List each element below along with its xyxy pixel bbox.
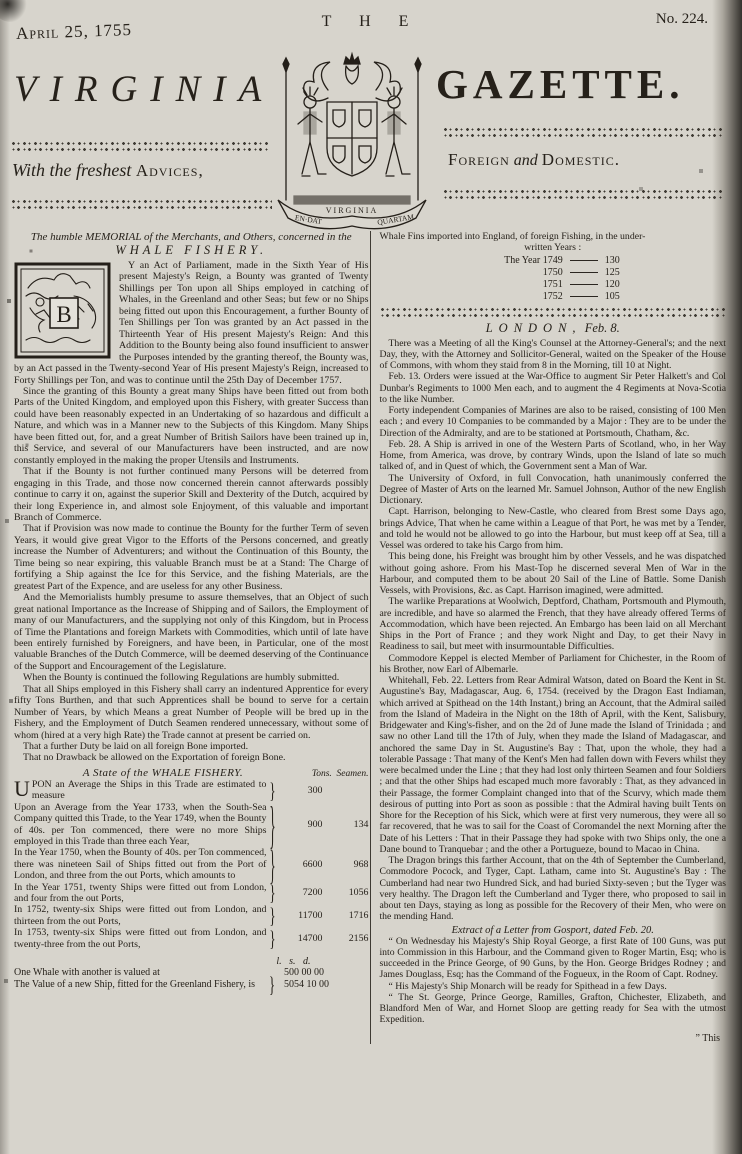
news-paragraph: Capt. Harrison, belonging to New-Castle,…	[379, 506, 726, 551]
seamen-value: 1056	[322, 887, 368, 898]
year-dash	[570, 260, 598, 261]
valuation-brace: }	[266, 975, 278, 995]
catchword: ” This	[379, 1033, 726, 1044]
memorial-paragraph: That all Ships employed in this Fishery …	[14, 684, 368, 741]
memorial-heading-line2: WHALE FISHERY.	[14, 244, 368, 257]
table-brace: }	[266, 929, 278, 948]
valuation-text: The Value of a new Ship, fitted for the …	[14, 979, 266, 991]
news-paragraph: Whitehall, Feb. 22. Letters from Rear Ad…	[379, 675, 726, 855]
body-columns: The humble MEMORIAL of the Merchants, an…	[14, 231, 726, 1044]
ornament-band	[10, 140, 268, 153]
whale-fins-intro-line2: written Years :	[379, 242, 726, 253]
news-paragraph: Forty independent Companies of Marines a…	[379, 405, 726, 439]
letter-paragraph: “ The St. George, Prince George, Ramille…	[379, 992, 726, 1026]
table-row: In 1752, twenty-six Ships were fitted ou…	[14, 904, 368, 927]
tagline-right-and: and	[514, 152, 538, 169]
tons-value: 300	[278, 785, 322, 796]
year-label: The Year 1749	[467, 255, 563, 267]
table-brace: }	[266, 883, 278, 902]
news-paragraph: The University of Oxford, in full Convoc…	[379, 473, 726, 507]
tagline-right-foreign: Foreign	[448, 150, 510, 169]
fishery-table-heading: A State of the WHALE FISHERY. Tons. Seam…	[14, 767, 368, 779]
year-value: 105	[605, 291, 639, 303]
valuation-text: One Whale with another is valued at	[14, 967, 266, 979]
ornament-band	[442, 126, 722, 139]
news-paragraph: The Dragon brings this farther Account, …	[379, 855, 726, 923]
year-value: 120	[605, 279, 639, 291]
memorial-paragraph: When the Bounty is continued the followi…	[14, 672, 368, 683]
masthead: April 25, 1755 T H E No. 224. VIRGINIA G…	[0, 0, 742, 232]
table-brace: }	[266, 846, 278, 883]
dropcap-letter: B	[56, 302, 71, 327]
letter-paragraph: “ His Majesty's Ship Monarch will be rea…	[379, 981, 726, 992]
table-row: In the Year 1750, when the Bounty of 40s…	[14, 847, 368, 881]
seamen-value: 2156	[322, 933, 368, 944]
memorial-paragraph: And the Memorialists humbly presume to a…	[14, 592, 368, 672]
valuation-value: 500 00 00	[278, 967, 368, 979]
year-row: The Year 1749 130	[379, 255, 726, 267]
table-dropcap: U	[14, 779, 32, 799]
seamen-value: 134	[322, 819, 368, 830]
year-label: 1750	[467, 267, 563, 279]
year-value: 130	[605, 255, 639, 267]
memorial-paragraph: That no Drawback be allowed on the Expor…	[14, 752, 368, 763]
news-paragraph: The warlike Preparations at Woolwich, De…	[379, 596, 726, 652]
seamen-value: 1716	[322, 910, 368, 921]
year-value: 125	[605, 267, 639, 279]
year-label: 1752	[467, 291, 563, 303]
table-row-text: PON an Average the Ships in this Trade a…	[32, 779, 267, 801]
year-label: 1751	[467, 279, 563, 291]
year-row: 1752 105	[379, 291, 726, 303]
masthead-title-gazette: GAZETTE.	[436, 60, 684, 108]
virginia-coat-of-arms: VIRGINIA EN·DAT QUARTAM	[266, 50, 438, 230]
news-paragraph: There was a Meeting of all the King's Co…	[379, 338, 726, 372]
ornament-band	[379, 306, 726, 319]
issue-number: No. 224.	[656, 11, 708, 28]
lsd-header: l. s. d.	[14, 956, 368, 967]
news-paragraph: Feb. 13. Orders were issued at the War-O…	[379, 371, 726, 405]
tons-value: 14700	[278, 933, 322, 944]
valuation-row: The Value of a new Ship, fitted for the …	[14, 979, 368, 991]
fishery-table-title: A State of the WHALE FISHERY.	[14, 767, 312, 779]
letter-extract-heading: Extract of a Letter from Gosport, dated …	[379, 925, 726, 936]
table-row: In the Year 1751, twenty Ships were fitt…	[14, 882, 368, 905]
valuation-value: 5054 10 00	[278, 979, 368, 991]
left-column: The humble MEMORIAL of the Merchants, an…	[14, 231, 368, 1044]
memorial-paragraph: Since the granting of this Bounty a grea…	[14, 386, 368, 466]
news-paragraph: Commodore Keppel is elected Member of Pa…	[379, 653, 726, 676]
table-brace: }	[266, 906, 278, 925]
year-dash	[570, 284, 598, 285]
tons-value: 6600	[278, 859, 322, 870]
dateline-city: LONDON,	[486, 321, 582, 335]
whaling-woodcut: B	[14, 262, 111, 359]
year-row: 1751 120	[379, 279, 726, 291]
table-row-text: In 1752, twenty-six Ships were fitted ou…	[14, 904, 266, 927]
whale-fins-years-list: The Year 1749 130 1750 125 1751 120 1752	[379, 255, 726, 303]
memorial-paragraph: That a further Duty be laid on all forei…	[14, 741, 368, 752]
right-column: Whale Fins imported into England, of for…	[370, 231, 726, 1044]
valuation-row: One Whale with another is valued at 500 …	[14, 967, 368, 979]
memorial-paragraph: B Y an Act of Parliament, made in the Si…	[14, 260, 368, 386]
news-paragraph: Feb. 28. A Ship is arrived in one of the…	[379, 439, 726, 473]
memorial-paragraph: That if the Bounty is not further contin…	[14, 466, 368, 523]
tagline-left-caps: Advices,	[136, 161, 204, 180]
table-row-text: Upon an Average from the Year 1733, when…	[14, 802, 266, 848]
year-dash	[570, 272, 598, 273]
newspaper-page: April 25, 1755 T H E No. 224. VIRGINIA G…	[0, 0, 742, 1154]
table-row-text: In the Year 1750, when the Bounty of 40s…	[14, 847, 266, 881]
letter-paragraph: “ On Wednesday his Majesty's Ship Royal …	[379, 936, 726, 981]
tons-value: 7200	[278, 887, 322, 898]
dateline-date: Feb. 8.	[585, 321, 620, 335]
tons-value: 900	[278, 819, 322, 830]
ornament-band	[10, 198, 272, 211]
tagline-left: With the freshest Advices,	[12, 160, 204, 181]
table-row: In 1753, twenty-six Ships were fitted ou…	[14, 927, 368, 950]
tagline-left-script: With the freshest	[12, 160, 131, 180]
year-dash	[570, 296, 598, 297]
table-row-text: In the Year 1751, twenty Ships were fitt…	[14, 882, 266, 905]
news-paragraph: This being done, his Freight was brought…	[379, 551, 726, 596]
table-row: Upon an Average from the Year 1733, when…	[14, 802, 368, 848]
memorial-heading: The humble MEMORIAL of the Merchants, an…	[14, 231, 368, 257]
ornament-band	[442, 188, 722, 201]
fishery-table-column-headers: Tons. Seamen.	[312, 769, 369, 779]
arms-motto-top: VIRGINIA	[326, 206, 378, 215]
tons-value: 11700	[278, 910, 322, 921]
year-row: 1750 125	[379, 267, 726, 279]
whale-fins-intro-line1: Whale Fins imported into England, of for…	[379, 231, 726, 242]
london-dateline: LONDON, Feb. 8.	[379, 321, 726, 336]
masthead-title-virginia: VIRGINIA	[14, 68, 274, 111]
table-row-text: In 1753, twenty-six Ships were fitted ou…	[14, 927, 266, 950]
tagline-right-domestic: Domestic.	[542, 150, 620, 169]
tagline-right: Foreign and Domestic.	[448, 150, 620, 170]
table-row: UPON an Average the Ships in this Trade …	[14, 779, 368, 802]
seamen-value: 968	[322, 859, 368, 870]
masthead-the: T H E	[0, 13, 742, 31]
memorial-paragraph: That if Provision was now made to contin…	[14, 523, 368, 592]
